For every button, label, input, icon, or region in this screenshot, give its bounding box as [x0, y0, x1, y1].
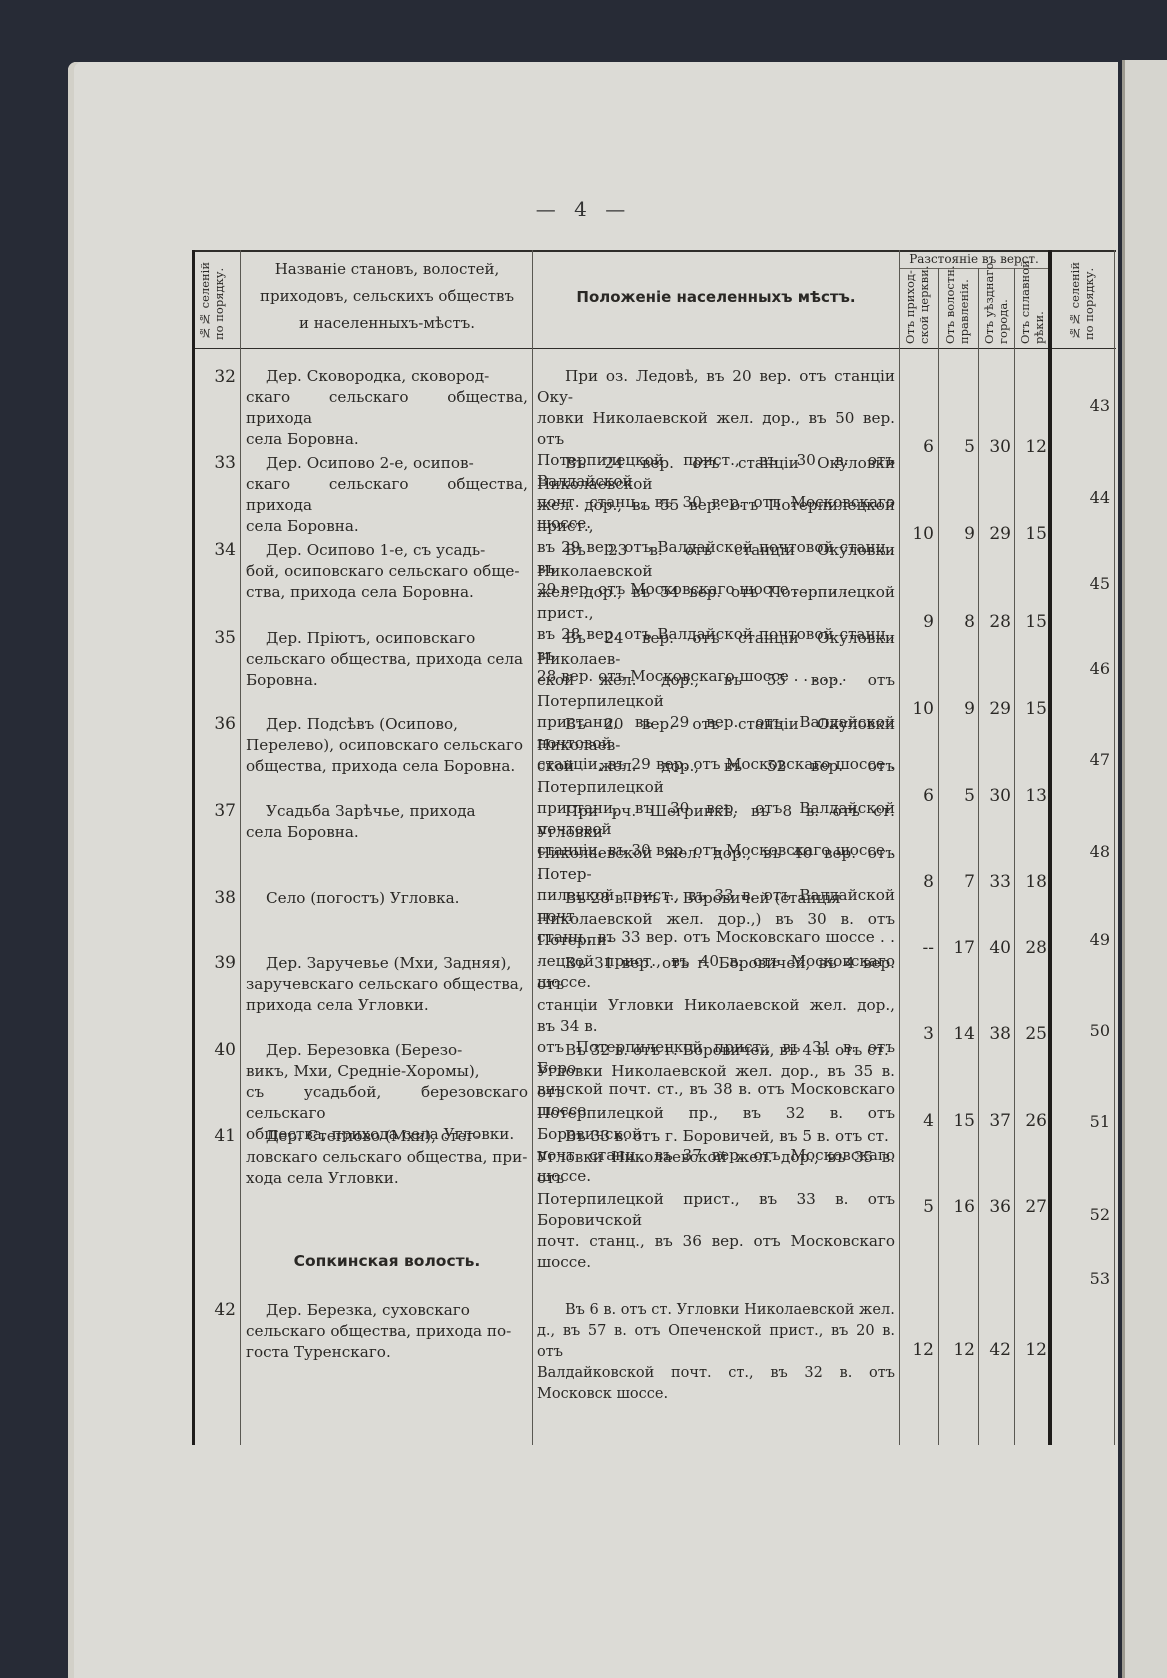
header-dist-volost: Отъ волостн. правленія. [943, 272, 971, 344]
header-col-name: Названіе становъ, волостей, приходовъ, с… [244, 256, 530, 337]
table-left-border [192, 250, 195, 1445]
dist-volost: 9 [939, 524, 975, 544]
col-divider-name [532, 250, 533, 1445]
dist-river: 12 [1015, 1340, 1047, 1360]
right-row-number: 43 [1054, 396, 1110, 415]
dist-church: 4 [900, 1111, 934, 1131]
row-number: 34 [192, 540, 236, 560]
settlement-name: Дер. Пріютъ, осиповскаго сельскаго общес… [246, 628, 528, 691]
row-number: 32 [192, 367, 236, 387]
right-row-number: 44 [1054, 488, 1110, 507]
row-number: 39 [192, 953, 236, 973]
dist-volost: 17 [939, 938, 975, 958]
dist-church: 6 [900, 437, 934, 457]
dist-river: 25 [1015, 1024, 1047, 1044]
dist-volost: 8 [939, 612, 975, 632]
right-row-number: 45 [1054, 574, 1110, 593]
dist-church: 9 [900, 612, 934, 632]
dist-river: 15 [1015, 612, 1047, 632]
col-divider-right-no [1114, 250, 1115, 1445]
dist-church: -- [900, 938, 934, 958]
dist-town: 33 [979, 872, 1011, 892]
settlement-name: Дер. Осипово 2-е, осипов- скаго сельскаг… [246, 453, 528, 537]
col-divider-no [240, 250, 241, 1445]
dist-town: 28 [979, 612, 1011, 632]
dist-volost: 5 [939, 437, 975, 457]
right-row-number: 50 [1054, 1021, 1110, 1040]
col-divider-desc [899, 250, 900, 1445]
dist-church: 3 [900, 1024, 934, 1044]
dist-river: 27 [1015, 1197, 1047, 1217]
row-number: 38 [192, 888, 236, 908]
row-number: 41 [192, 1126, 236, 1146]
row-number: 33 [192, 453, 236, 473]
dist-river: 28 [1015, 938, 1047, 958]
dist-volost: 9 [939, 699, 975, 719]
right-row-number: 52 [1054, 1205, 1110, 1224]
row-number: 40 [192, 1040, 236, 1060]
header-dist-town: Отъ уѣзднаго города. [982, 272, 1010, 344]
header-dist-river: Отъ сплавной рѣки. [1018, 272, 1046, 344]
page-fold [1048, 250, 1052, 1445]
row-number: 35 [192, 628, 236, 648]
header-col-no: №№ селеній по порядку. [198, 256, 226, 340]
dist-town: 30 [979, 786, 1011, 806]
dist-church: 10 [900, 524, 934, 544]
dist-river: 18 [1015, 872, 1047, 892]
settlement-name: Дер. Березка, суховскаго сельскаго общес… [246, 1300, 528, 1363]
right-row-number: 48 [1054, 842, 1110, 861]
row-number: 36 [192, 714, 236, 734]
dist-volost: 12 [939, 1340, 975, 1360]
settlement-name: Село (погостъ) Угловка. [246, 888, 528, 909]
dist-river: 15 [1015, 699, 1047, 719]
header-col-no-right: №№ селеній по порядку. [1068, 256, 1096, 340]
dist-town: 30 [979, 437, 1011, 457]
row-number: 42 [192, 1300, 236, 1320]
dist-town: 29 [979, 699, 1011, 719]
dist-volost: 15 [939, 1111, 975, 1131]
dist-church: 8 [900, 872, 934, 892]
dist-church: 5 [900, 1197, 934, 1217]
dist-volost: 16 [939, 1197, 975, 1217]
dist-church: 12 [900, 1340, 934, 1360]
right-row-number: 53 [1054, 1269, 1110, 1288]
header-dist-church: Отъ приход- ской церкви. [903, 272, 931, 344]
header-col-position: Положеніе населенныхъ мѣстъ. [534, 284, 898, 311]
dist-volost: 5 [939, 786, 975, 806]
right-row-number: 51 [1054, 1112, 1110, 1131]
settlement-name: Дер. Осипово 1-е, съ усадь- бой, осиповс… [246, 540, 528, 603]
dist-town: 40 [979, 938, 1011, 958]
dist-town: 29 [979, 524, 1011, 544]
settlement-name: Усадьба Зарѣчье, прихода села Боровна. [246, 801, 528, 843]
page-number: — 4 — [0, 197, 1167, 221]
right-row-number: 47 [1054, 750, 1110, 769]
dist-church: 6 [900, 786, 934, 806]
dist-river: 15 [1015, 524, 1047, 544]
dist-town: 38 [979, 1024, 1011, 1044]
dist-town: 36 [979, 1197, 1011, 1217]
dist-river: 26 [1015, 1111, 1047, 1131]
settlement-position: Въ 6 в. отъ ст. Угловки Николаевской жел… [537, 1300, 895, 1405]
dist-town: 37 [979, 1111, 1011, 1131]
row-number: 37 [192, 801, 236, 821]
dist-river: 13 [1015, 786, 1047, 806]
right-row-number: 49 [1054, 930, 1110, 949]
right-row-number: 46 [1054, 659, 1110, 678]
dist-town: 42 [979, 1340, 1011, 1360]
settlement-name: Дер. Стеглово (Мхи), стег- ловскаго сель… [246, 1126, 528, 1189]
dist-volost: 7 [939, 872, 975, 892]
dist-river: 12 [1015, 437, 1047, 457]
settlement-position: Въ 33 в. отъ г. Боровичей, въ 5 в. отъ с… [537, 1126, 895, 1273]
dist-volost: 14 [939, 1024, 975, 1044]
settlement-name: Дер. Сковородка, сковород- скаго сельска… [246, 366, 528, 450]
adjacent-page-edge [1122, 60, 1167, 1678]
section-heading-volost: Сопкинская волость. [244, 1252, 530, 1270]
dist-church: 10 [900, 699, 934, 719]
settlements-table: №№ селеній по порядку. Названіе становъ,… [192, 250, 1116, 1445]
settlement-name: Дер. Подсѣвъ (Осипово, Перелево), осипов… [246, 714, 528, 777]
settlement-name: Дер. Заручевье (Мхи, Задняя), заручевска… [246, 953, 528, 1016]
